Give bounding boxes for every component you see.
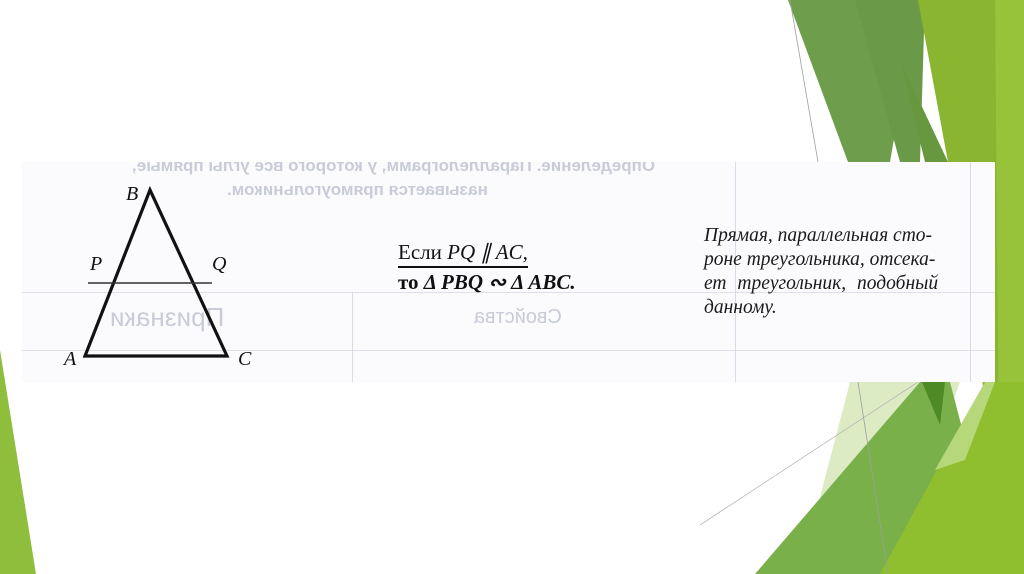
formula-conclusion: то Δ PBQ ∾ Δ ABC. <box>398 270 576 295</box>
statement-line: Прямая, параллельная сто- <box>704 224 994 248</box>
formula-then-word: то <box>398 270 424 294</box>
statement-line: ет треугольник, подобный <box>704 272 994 296</box>
formula-condition: Если PQ ∥ AC, <box>398 240 528 268</box>
scanned-textbook-fragment: Определение. Параллелограмм, у которого … <box>22 162 995 382</box>
formula-similarity: Δ PBQ ∾ Δ ABC. <box>424 270 576 294</box>
point-label-p: P <box>89 253 102 275</box>
vertex-label-b: B <box>126 183 138 205</box>
triangle-figure: B A C P Q <box>22 162 282 382</box>
green-shape-left <box>0 350 36 574</box>
statement-line: данному. <box>704 296 994 320</box>
theorem-statement: Прямая, параллельная сто- роне треугольн… <box>704 224 994 320</box>
formula-if-word: Если <box>398 240 447 264</box>
showthrough-col-properties: Свойства <box>474 306 562 329</box>
formula-parallel-condition: PQ ∥ AC, <box>447 240 528 264</box>
point-label-q: Q <box>212 253 227 275</box>
statement-line: роне треугольника, отсека- <box>704 248 994 272</box>
triangle-abc <box>85 190 227 356</box>
showthrough-col-divider-1 <box>352 292 353 382</box>
similarity-formula: Если PQ ∥ AC, то Δ PBQ ∾ Δ ABC. <box>398 240 576 295</box>
vertex-label-c: C <box>238 348 252 370</box>
vertex-label-a: A <box>62 348 77 370</box>
